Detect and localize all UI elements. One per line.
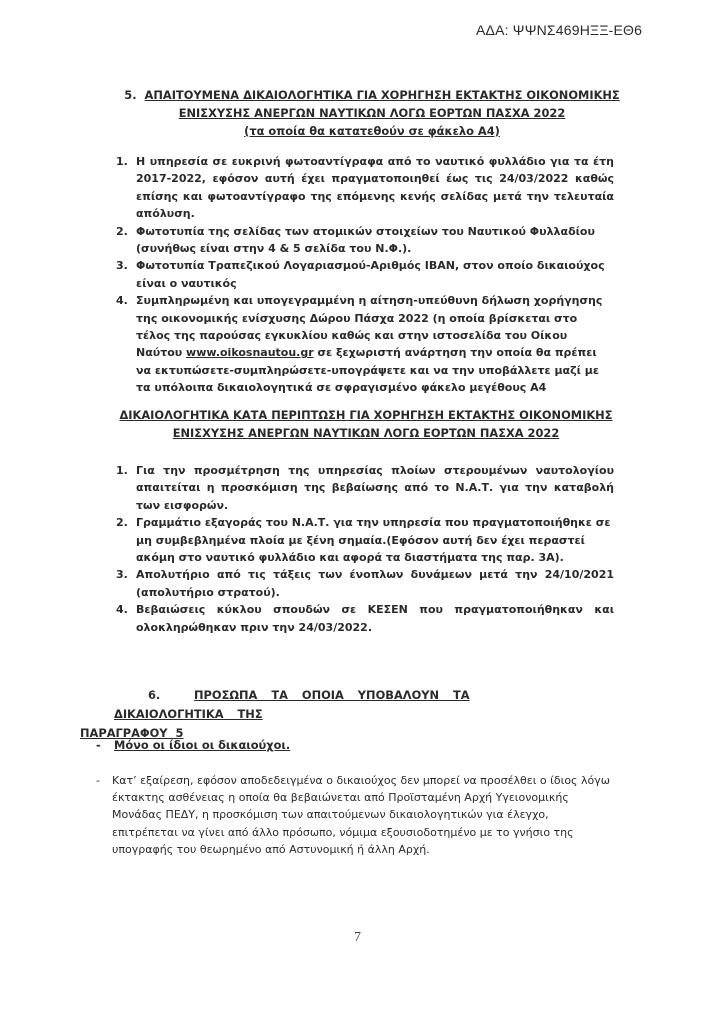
case-documents-title-line2: ΕΝΙΣΧΥΣΗΣ ΑΝΕΡΓΩΝ ΝΑΥΤΙΚΩΝ ΛΟΓΩ ΕΟΡΤΩΝ Π… [173,426,560,440]
item-text: Γραμμάτιο εξαγοράς του Ν.Α.Τ. για την υπ… [136,516,610,564]
section-5-title-line3: (τα οποία θα κατατεθούν σε φάκελο Α4) [244,124,500,138]
bullet-text: Μόνο οι ίδιοι οι δικαιούχοι. [114,738,290,752]
case-documents-list: 1.Για την προσμέτρηση της υπηρεσίας πλοί… [108,462,614,636]
bullet-only-beneficiaries: -Μόνο οι ίδιοι οι δικαιούχοι. [96,738,290,752]
item-text: Βεβαιώσεις κύκλου σπουδών σε ΚΕΣΕΝ που π… [136,603,614,633]
list-item: 2.Γραμμάτιο εξαγοράς του Ν.Α.Τ. για την … [108,514,614,566]
item-text: Απολυτήριο από τις τάξεις των ένοπλων δυ… [136,568,614,598]
section-6-heading: 6.ΠΡΟΣΩΠΑ ΤΑ ΟΠΟΙΑ ΥΠΟΒΑΛΟΥΝ ΤΑ ΔΙΚΑΙΟΛΟ… [114,686,592,743]
item-text: Για την προσμέτρηση της υπηρεσίας πλοίων… [136,464,614,512]
list-item: 4.Συμπληρωμένη και υπογεγραμμένη η αίτησ… [108,292,614,396]
case-documents-heading: ΔΙΚΑΙΟΛΟΓΗΤΙΚΑ ΚΑΤΑ ΠΕΡΙΠΤΩΣΗ ΓΙΑ ΧΟΡΗΓΗ… [4,406,724,442]
list-item: 3.Απολυτήριο από τις τάξεις των ένοπλων … [108,566,614,601]
paragraph-text: Κατ’ εξαίρεση, εφόσον αποδεδειγμένα ο δι… [96,772,616,858]
item-number: 4. [116,292,128,309]
section-5-heading: 5.ΑΠΑΙΤΟΥΜΕΝΑ ΔΙΚΑΙΟΛΟΓΗΤΙΚΑ ΓΙΑ ΧΟΡΗΓΗΣ… [10,86,724,140]
item-number: 4. [116,601,128,618]
page-number: 7 [354,930,361,946]
list-item: 4.Βεβαιώσεις κύκλου σπουδών σε ΚΕΣΕΝ που… [108,601,614,636]
item-number: 1. [116,462,128,479]
required-documents-list: 1.Η υπηρεσία σε ευκρινή φωτοαντίγραφα απ… [108,153,614,397]
list-item: 2.Φωτοτυπία της σελίδας των ατομικών στο… [108,223,614,258]
ada-code: ΑΔΑ: ΨΨΝΣ469ΗΞΞ-ΕΘ6 [476,22,642,38]
case-documents-title-line1: ΔΙΚΑΙΟΛΟΓΗΤΙΚΑ ΚΑΤΑ ΠΕΡΙΠΤΩΣΗ ΓΙΑ ΧΟΡΗΓΗ… [119,408,612,422]
item-text: Φωτοτυπία Τραπεζικού Λογαριασμού-Αριθμός… [136,259,605,289]
dash-bullet: - [96,738,114,752]
list-item: 3.Φωτοτυπία Τραπεζικού Λογαριασμού-Αριθμ… [108,257,614,292]
item-number: 1. [116,153,128,170]
item-text: Η υπηρεσία σε ευκρινή φωτοαντίγραφα από … [136,155,614,220]
bullet-exception-paragraph: - Κατ’ εξαίρεση, εφόσον αποδεδειγμένα ο … [96,772,616,858]
section-5-title-line1: ΑΠΑΙΤΟΥΜΕΝΑ ΔΙΚΑΙΟΛΟΓΗΤΙΚΑ ΓΙΑ ΧΟΡΗΓΗΣΗ … [145,88,620,102]
item-number: 2. [116,223,128,240]
item-number: 3. [116,257,128,274]
section-6-number: 6. [114,686,194,705]
list-item: 1.Για την προσμέτρηση της υπηρεσίας πλοί… [108,462,614,514]
list-item: 1.Η υπηρεσία σε ευκρινή φωτοαντίγραφα απ… [108,153,614,223]
section-5-title-line2: ΕΝΙΣΧΥΣΗΣ ΑΝΕΡΓΩΝ ΝΑΥΤΙΚΩΝ ΛΟΓΩ ΕΟΡΤΩΝ Π… [179,106,566,120]
item-number: 3. [116,566,128,583]
item-number: 2. [116,514,128,531]
dash-bullet: - [96,772,100,789]
item-text: Φωτοτυπία της σελίδας των ατομικών στοιχ… [136,225,595,255]
oikosnautou-link[interactable]: www.oikosnautou.gr [186,346,314,359]
section-5-number: 5. [124,88,136,102]
